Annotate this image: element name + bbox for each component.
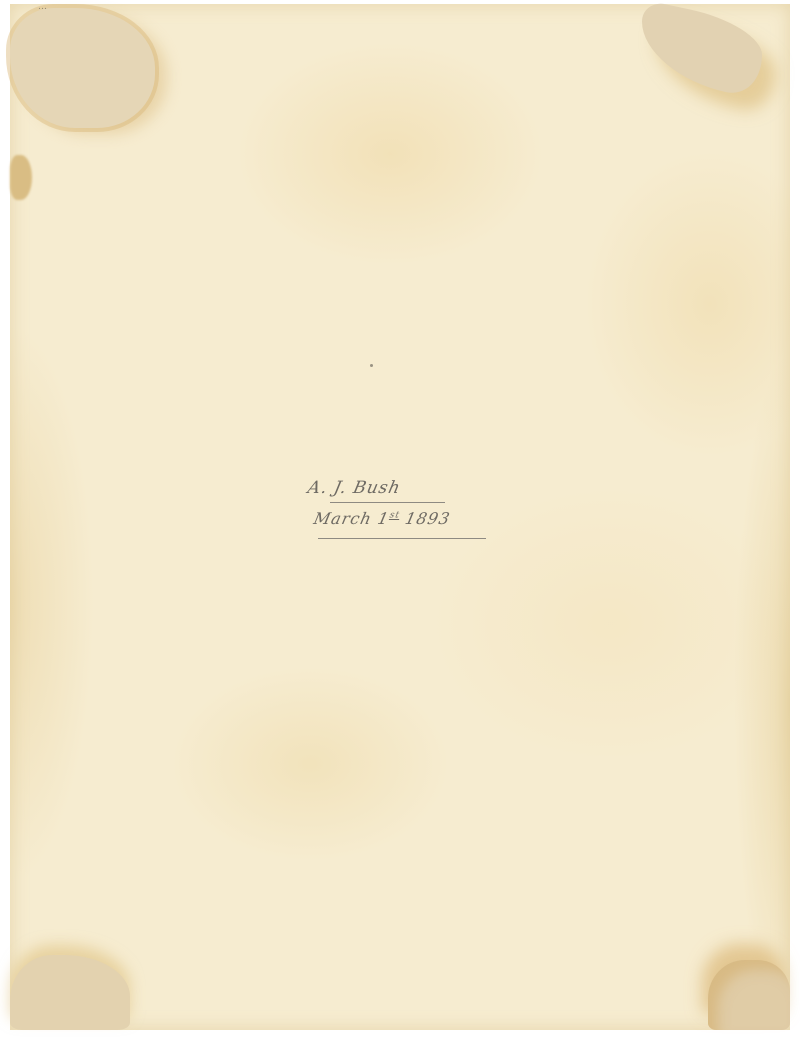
pencil-dot (370, 364, 373, 367)
date-year: 1893 (403, 509, 452, 528)
water-stain-bottom-right (708, 960, 790, 1030)
corner-pencil-mark: … (38, 2, 48, 12)
inscription-date: March 1st 1893 (298, 509, 492, 528)
date-ordinal: st (389, 511, 401, 521)
foxing-stain-left-edge (10, 155, 32, 200)
underline-date (318, 538, 486, 539)
date-month-day: March 1 (312, 509, 391, 528)
signature-name: A. J. Bush (298, 478, 492, 498)
underline-signature (330, 502, 445, 503)
pencil-inscription: A. J. Bush March 1st 1893 (300, 478, 490, 545)
water-stain-top-left (10, 8, 155, 128)
